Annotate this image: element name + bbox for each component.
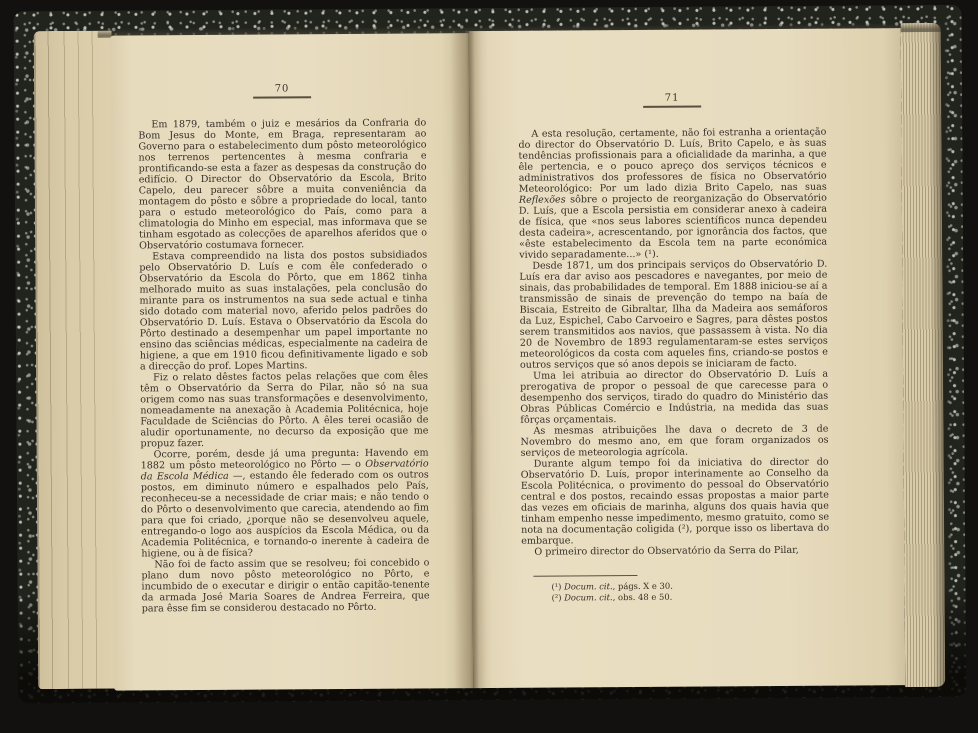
page-number: 70 <box>275 83 290 94</box>
footnote: (²) Docum. cit., obs. 48 e 50. <box>522 590 830 603</box>
page-number-underline <box>643 106 701 108</box>
paragraph: A esta resolução, certamente, não foi es… <box>518 127 827 261</box>
paragraph: Uma lei atribuia ao director do Observat… <box>520 369 828 426</box>
page-edges-right <box>901 23 946 687</box>
page-edges-left <box>34 31 117 690</box>
page-body-left: Em 1879, também o juiz e mesários da Con… <box>138 117 429 614</box>
paragraph: Ocorre, porém, desde já uma pregunta: Ha… <box>141 447 430 559</box>
paragraph: Desde 1871, um dos principais serviços d… <box>519 259 828 371</box>
paragraph: Durante algum tempo foi da iniciativa do… <box>521 457 830 547</box>
page-number: 71 <box>665 93 680 104</box>
page-number-underline <box>253 96 311 98</box>
paragraph: Estava compreendido na lista dos postos … <box>139 249 428 372</box>
footnotes: (¹) Docum. cit., págs. X e 30. (²) Docum… <box>521 574 829 603</box>
book-photo: 70 Em 1879, também o juiz e mesários da … <box>0 0 978 733</box>
footnote-separator <box>533 575 637 577</box>
page-left: 70 Em 1879, também o juiz e mesários da … <box>110 33 474 690</box>
page-body-right: A esta resolução, certamente, não foi es… <box>518 127 829 558</box>
paragraph: As mesmas atribuições lhe dava o decreto… <box>520 424 828 459</box>
page-right: 71 A esta resolução, certamente, não foi… <box>469 28 906 688</box>
page-header-right: 71 <box>518 92 826 109</box>
paragraph: Fiz o relato dêstes factos pelas relaçõe… <box>140 370 429 449</box>
paragraph: Em 1879, também o juiz e mesários da Con… <box>138 117 427 251</box>
paragraph: O primeiro director do Observatório da S… <box>521 545 829 558</box>
page-header-left: 70 <box>138 82 426 99</box>
paragraph: Não foi de facto assim que se resolveu; … <box>141 557 429 614</box>
book-spread: 70 Em 1879, também o juiz e mesários da … <box>0 0 978 733</box>
